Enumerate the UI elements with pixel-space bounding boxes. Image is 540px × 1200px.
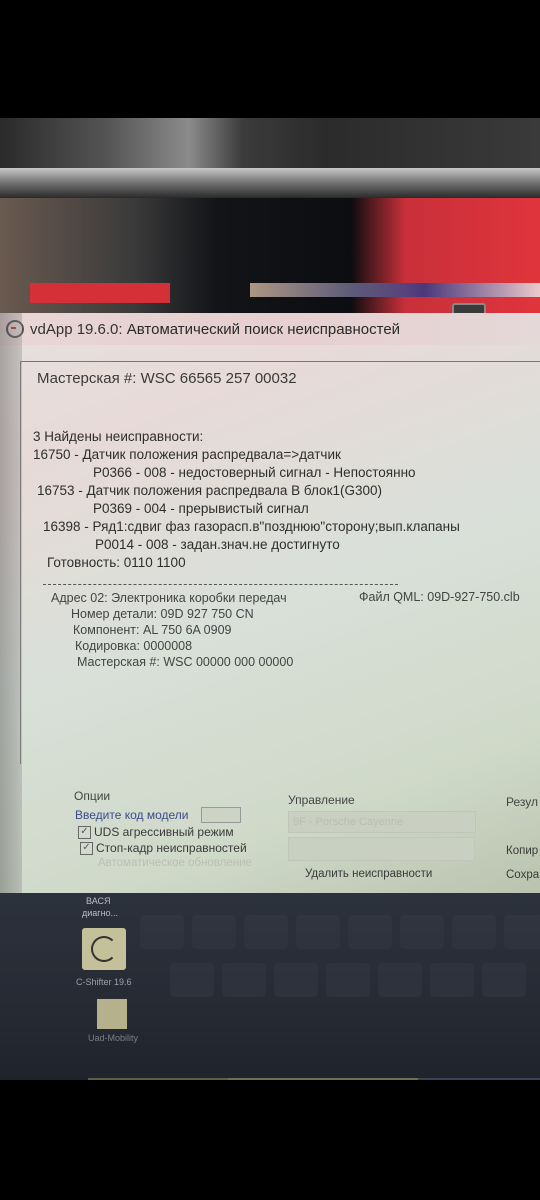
auto-update-checkbox[interactable]: Автоматическое обновление xyxy=(98,857,252,869)
desktop-icon-label[interactable]: C-Shifter 19.6 xyxy=(76,977,132,987)
folder-icon[interactable] xyxy=(97,999,127,1029)
checkbox-label: Стоп-кадр неисправностей xyxy=(96,841,247,855)
checkbox-label: UDS агрессивный режим xyxy=(94,825,234,839)
disabled-button[interactable] xyxy=(288,837,475,861)
photo-of-laptop: vdApp 19.6.0: Автоматический поиск неисп… xyxy=(0,118,540,1080)
ecu-address: Адрес 02: Электроника коробки передач xyxy=(51,590,293,606)
checkbox-checked-icon[interactable]: ✓ xyxy=(80,842,93,855)
laptop-lid-edge xyxy=(0,168,540,198)
ecu-component: Компонент: AL 750 6A 0909 xyxy=(51,622,293,638)
uds-aggressive-checkbox[interactable]: ✓ UDS агрессивный режим xyxy=(78,825,234,839)
fault-list: 3 Найдены неисправности: 16750 - Датчик … xyxy=(33,428,460,572)
c-shifter-app-icon[interactable] xyxy=(82,928,126,970)
checkbox-checked-icon[interactable]: ✓ xyxy=(78,826,91,839)
reflection-stripe xyxy=(30,283,170,303)
management-heading: Управление xyxy=(288,793,355,807)
fault-detail: P0014 - 008 - задан.знач.не достигнуто xyxy=(33,536,460,554)
taskbar-start[interactable]: WITT xyxy=(88,1078,228,1080)
options-area: Опции Введите код модели ✓ UDS агрессивн… xyxy=(0,783,540,893)
system-tray xyxy=(418,1078,540,1080)
ecu-part-number: Номер детали: 09D 927 750 CN xyxy=(51,606,293,622)
vehicle-model-select[interactable]: 9F - Porsche Cayenne xyxy=(288,811,476,833)
screen-glare xyxy=(0,313,22,893)
window-titlebar: vdApp 19.6.0: Автоматический поиск неисп… xyxy=(0,313,540,345)
app-window: vdApp 19.6.0: Автоматический поиск неисп… xyxy=(0,313,540,893)
reflection-stripe xyxy=(250,283,540,297)
desktop-label: ВАСЯ xyxy=(86,896,111,906)
fault-detail: P0366 - 008 - недостоверный сигнал - Неп… xyxy=(33,464,460,482)
background-room xyxy=(0,118,540,173)
window-title-text: Автоматический поиск неисправностей xyxy=(127,321,400,338)
fault-code: 16750 - Датчик положения распредвала=>да… xyxy=(33,446,460,464)
results-heading: Резул xyxy=(506,795,538,809)
freeze-frame-checkbox[interactable]: ✓ Стоп-кадр неисправностей xyxy=(80,841,247,855)
ecu-coding: Кодировка: 0000008 xyxy=(51,638,293,654)
ecu-workshop: Мастерская #: WSC 00000 000 00000 xyxy=(51,654,293,670)
keyboard-reflection xyxy=(140,905,540,1025)
app-name: vdApp 19.6.0: xyxy=(30,321,123,338)
options-heading: Опции xyxy=(74,789,110,803)
model-code-label: Введите код модели xyxy=(75,808,189,822)
delete-faults-button[interactable]: Удалить неисправности xyxy=(305,868,432,880)
workshop-number: Мастерская #: WSC 66565 257 00032 xyxy=(37,370,297,387)
copy-button[interactable]: Копир xyxy=(506,845,538,857)
readiness-code: Готовность: 0110 1100 xyxy=(33,554,460,572)
model-code-input[interactable] xyxy=(201,807,241,823)
window-title: vdApp 19.6.0: Автоматический поиск неисп… xyxy=(30,321,400,338)
model-code-row: Введите код модели xyxy=(75,807,241,823)
separator xyxy=(43,584,398,585)
desktop-label: диагно... xyxy=(82,908,118,918)
ecu-info: Адрес 02: Электроника коробки передач Но… xyxy=(51,590,293,670)
desktop-icon-label[interactable]: Uad-Mobility xyxy=(88,1033,138,1043)
save-button[interactable]: Сохра xyxy=(506,869,539,881)
desktop-area: ВАСЯ диагно... C-Shifter 19.6 Uad-Mobili… xyxy=(0,893,540,1080)
screen-reflection xyxy=(0,198,540,313)
fault-code: 16398 - Ряд1:сдвиг фаз газорасп.в"поздню… xyxy=(33,518,460,536)
fault-code: 16753 - Датчик положения распредвала В б… xyxy=(33,482,460,500)
fault-summary: 3 Найдены неисправности: xyxy=(33,428,460,446)
results-panel: Мастерская #: WSC 66565 257 00032 3 Найд… xyxy=(20,361,540,764)
qml-file: Файл QML: 09D-927-750.clb xyxy=(359,590,520,604)
taskbar: WITT xyxy=(88,1078,540,1080)
fault-detail: P0369 - 004 - прерывистый сигнал xyxy=(33,500,460,518)
run-button[interactable]: Вып xyxy=(506,813,527,825)
